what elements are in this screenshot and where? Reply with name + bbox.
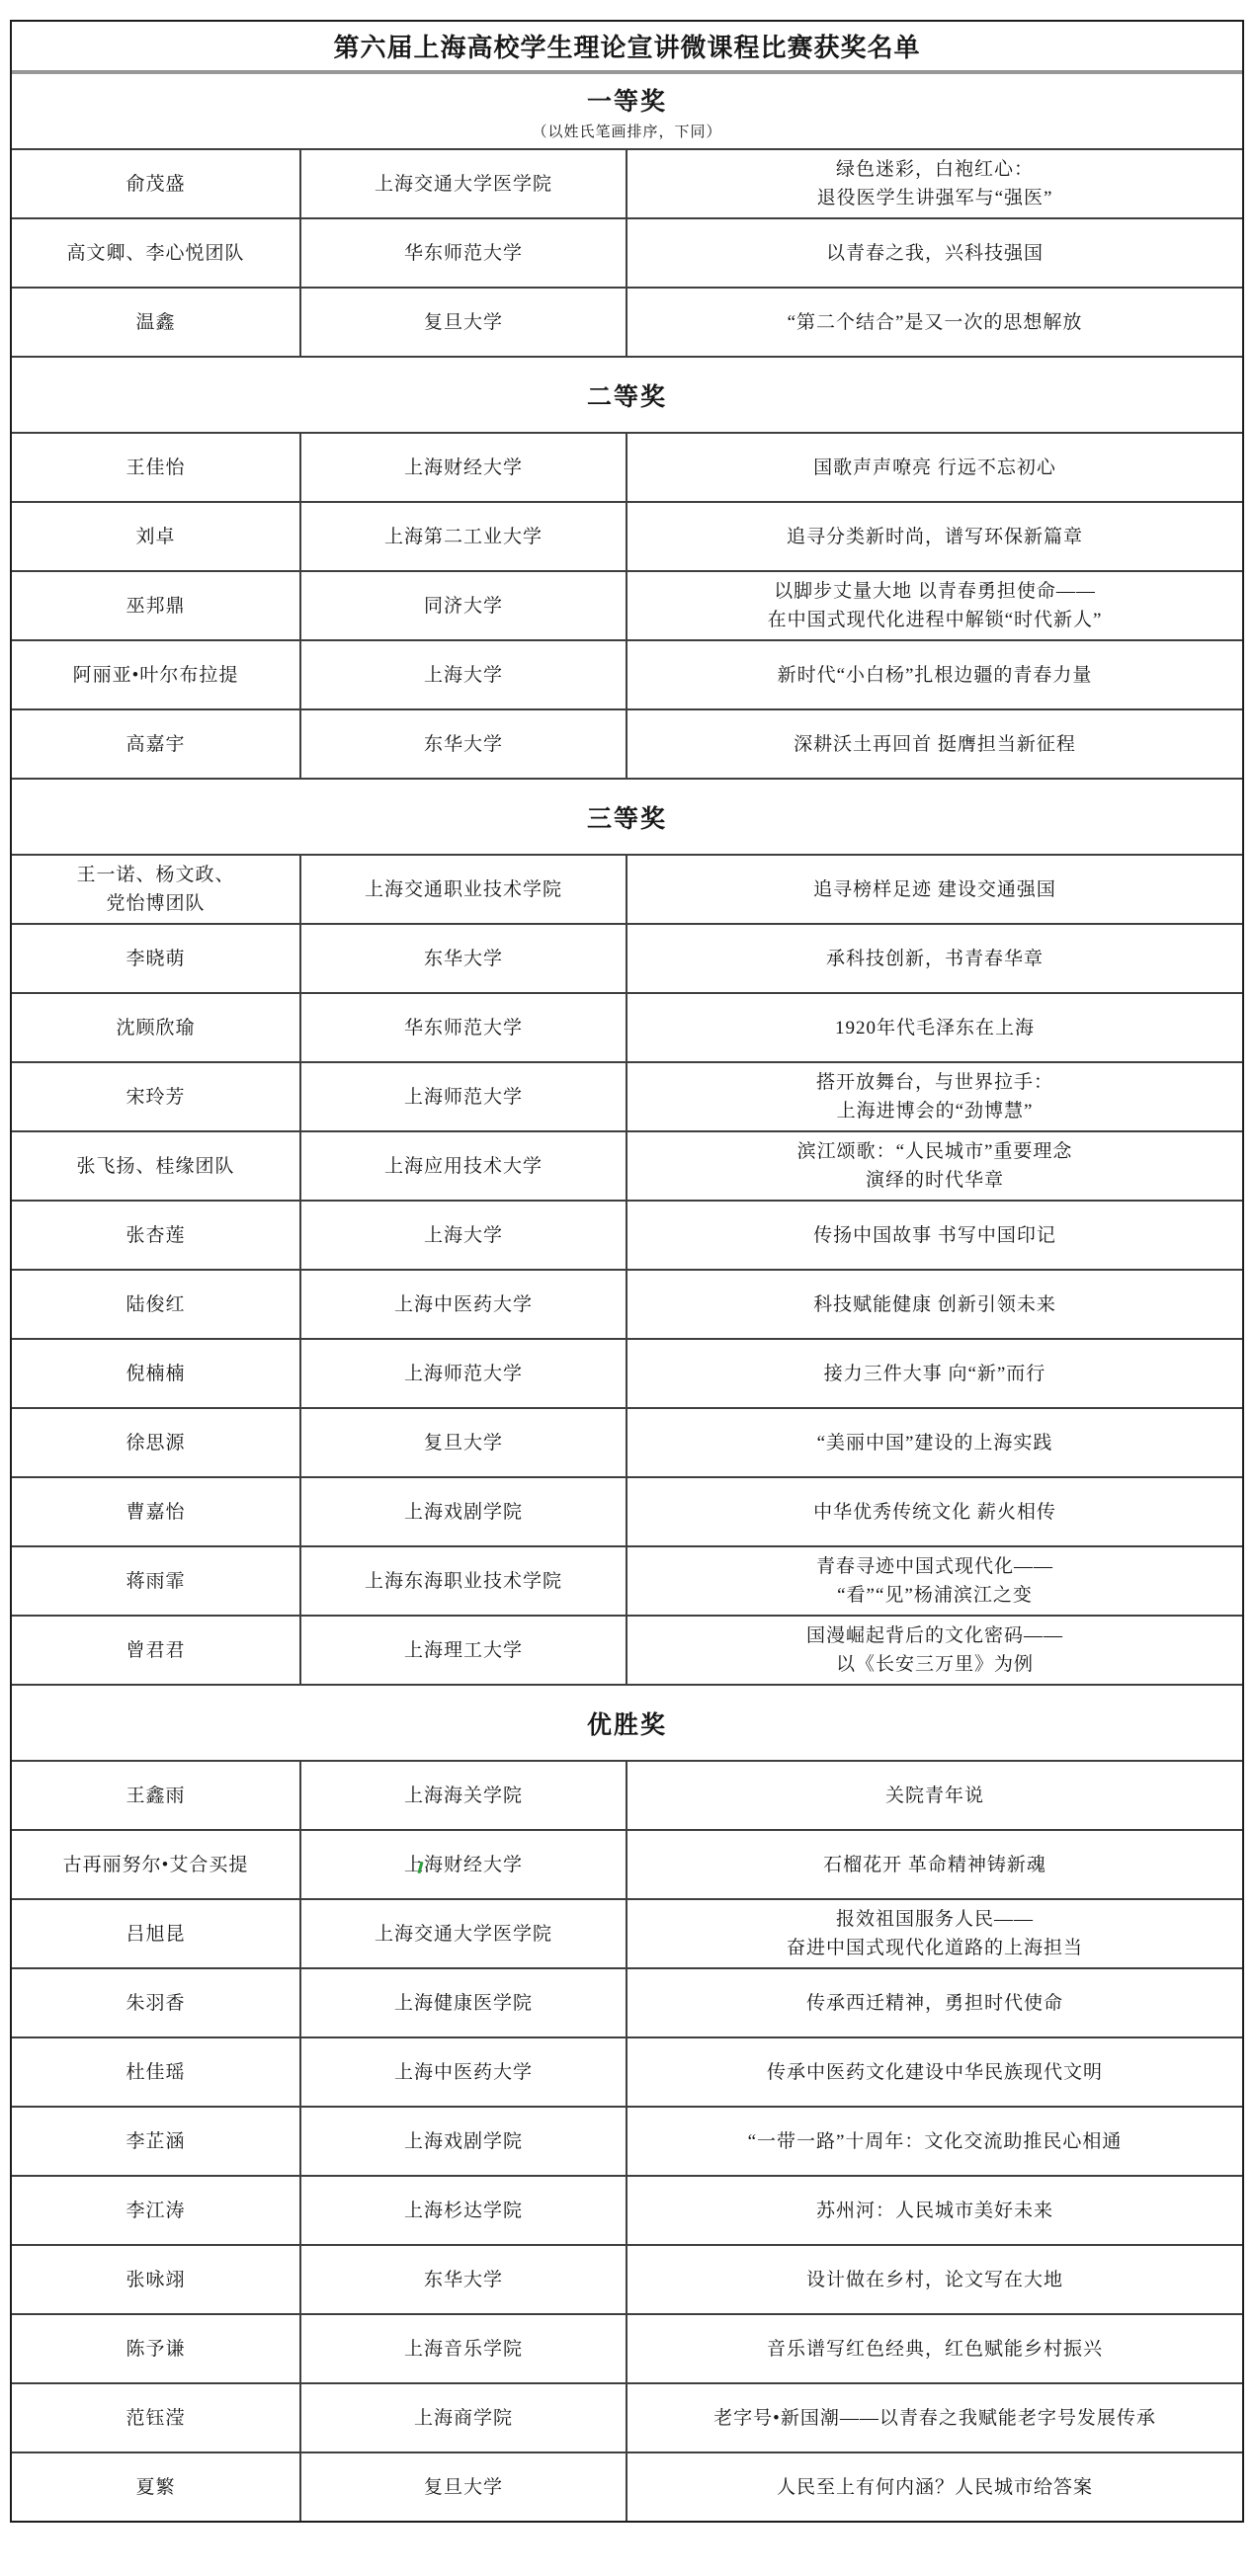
winner-name-line: 王一诺、杨文政、 bbox=[76, 861, 234, 889]
university-cell: 华东师范大学 bbox=[299, 994, 626, 1061]
award-row: 阿丽亚•叶尔布拉提上海大学新时代“小白杨”扎根边疆的青春力量 bbox=[12, 639, 1242, 708]
university-name: 上海财经大学 bbox=[404, 454, 523, 482]
course-title-line: 报效祖国服务人民—— bbox=[836, 1905, 1034, 1934]
award-row: 李江涛上海杉达学院苏州河：人民城市美好未来 bbox=[12, 2175, 1242, 2244]
award-row: 李芷涵上海戏剧学院“一带一路”十周年：文化交流助推民心相通 bbox=[12, 2106, 1242, 2175]
course-title-cell: 苏州河：人民城市美好未来 bbox=[626, 2177, 1242, 2244]
university-name: 东华大学 bbox=[424, 730, 503, 759]
winner-name-cell: 张杏莲 bbox=[12, 1202, 299, 1269]
winner-name-cell: 吕旭昆 bbox=[12, 1900, 299, 1967]
winner-name-cell: 张飞扬、桂缘团队 bbox=[12, 1132, 299, 1200]
winner-name-cell: 王鑫雨 bbox=[12, 1762, 299, 1829]
winner-name-cell: 李江涛 bbox=[12, 2177, 299, 2244]
university-name: 上海大学 bbox=[424, 661, 503, 690]
university-name: 上海交通职业技术学院 bbox=[365, 875, 562, 904]
winner-name-line: 蒋雨霏 bbox=[125, 1567, 185, 1596]
course-title-cell: 搭开放舞台，与世界拉手：上海进博会的“劲博慧” bbox=[626, 1063, 1242, 1130]
winner-name-line: 党怡博团队 bbox=[106, 889, 205, 918]
sort-order-note: （以姓氏笔画排序，下同） bbox=[532, 121, 721, 141]
course-title-line: 新时代“小白杨”扎根边疆的青春力量 bbox=[778, 661, 1093, 690]
winner-name-cell: 陈予谦 bbox=[12, 2315, 299, 2382]
winner-name-cell: 刘卓 bbox=[12, 503, 299, 570]
university-name: 复旦大学 bbox=[424, 1429, 503, 1457]
university-cell: 复旦大学 bbox=[299, 2453, 626, 2521]
university-cell: 上海财经大学 bbox=[299, 434, 626, 501]
course-title-line: 绿色迷彩，白袍红心： bbox=[836, 155, 1034, 184]
award-row: 倪楠楠上海师范大学接力三件大事 向“新”而行 bbox=[12, 1338, 1242, 1407]
course-title-cell: 追寻榜样足迹 建设交通强国 bbox=[626, 856, 1242, 923]
university-name: 上海中医药大学 bbox=[394, 2058, 533, 2087]
university-name: 同济大学 bbox=[424, 592, 503, 621]
university-name: 东华大学 bbox=[424, 945, 503, 973]
course-title-cell: 绿色迷彩，白袍红心：退役医学生讲强军与“强医” bbox=[626, 150, 1242, 217]
winner-name-line: 宋玲芳 bbox=[125, 1083, 185, 1112]
course-title-cell: 追寻分类新时尚，谱写环保新篇章 bbox=[626, 503, 1242, 570]
course-title-line: “美丽中国”建设的上海实践 bbox=[817, 1429, 1053, 1457]
award-row: 王一诺、杨文政、党怡博团队上海交通职业技术学院追寻榜样足迹 建设交通强国 bbox=[12, 854, 1242, 923]
university-name: 上海交通大学医学院 bbox=[375, 170, 552, 199]
university-cell: 复旦大学 bbox=[299, 289, 626, 356]
course-title-line: 1920年代毛泽东在上海 bbox=[835, 1014, 1035, 1042]
course-title-line: 人民至上有何内涵？人民城市给答案 bbox=[777, 2473, 1093, 2502]
course-title-cell: 接力三件大事 向“新”而行 bbox=[626, 1340, 1242, 1407]
course-title-cell: 报效祖国服务人民——奋进中国式现代化道路的上海担当 bbox=[626, 1900, 1242, 1967]
course-title-cell: 传承西迁精神，勇担时代使命 bbox=[626, 1969, 1242, 2036]
section-header-row: 二等奖 bbox=[12, 356, 1242, 432]
course-title-line: 关院青年说 bbox=[885, 1782, 984, 1810]
winner-name-cell: 蒋雨霏 bbox=[12, 1547, 299, 1615]
winner-name-line: 俞茂盛 bbox=[125, 170, 185, 199]
university-name: 上海师范大学 bbox=[404, 1360, 523, 1388]
course-title-line: 科技赋能健康 创新引领未来 bbox=[813, 1290, 1056, 1319]
university-name: 上海海关学院 bbox=[404, 1782, 523, 1810]
winner-name-cell: 陆俊红 bbox=[12, 1271, 299, 1338]
university-cell: 华东师范大学 bbox=[299, 219, 626, 287]
university-name: 上海交通大学医学院 bbox=[375, 1920, 552, 1949]
university-cell: 上海交通大学医学院 bbox=[299, 150, 626, 217]
university-cell: 上海交通职业技术学院 bbox=[299, 856, 626, 923]
winner-name-cell: 夏繁 bbox=[12, 2453, 299, 2521]
award-row: 张飞扬、桂缘团队上海应用技术大学滨江颂歌：“人民城市”重要理念演绎的时代华章 bbox=[12, 1130, 1242, 1200]
winner-name-line: 沈顾欣瑜 bbox=[116, 1014, 195, 1042]
university-name: 上海第二工业大学 bbox=[384, 523, 543, 551]
winner-name-cell: 曾君君 bbox=[12, 1617, 299, 1684]
course-title-cell: 以脚步丈量大地 以青春勇担使命——在中国式现代化进程中解锁“时代新人” bbox=[626, 572, 1242, 639]
university-cell: 上海商学院 bbox=[299, 2384, 626, 2451]
award-row: 朱羽香上海健康医学院传承西迁精神，勇担时代使命 bbox=[12, 1967, 1242, 2036]
award-table-body: 一等奖（以姓氏笔画排序，下同）俞茂盛上海交通大学医学院绿色迷彩，白袍红心：退役医… bbox=[12, 74, 1242, 2521]
university-name: 上海音乐学院 bbox=[404, 2335, 523, 2364]
university-name: 东华大学 bbox=[424, 2266, 503, 2294]
winner-name-line: 王鑫雨 bbox=[125, 1782, 185, 1810]
university-cell: 上海中医药大学 bbox=[299, 2038, 626, 2106]
section-header-row: 一等奖（以姓氏笔画排序，下同） bbox=[12, 74, 1242, 148]
course-title-cell: 设计做在乡村，论文写在大地 bbox=[626, 2246, 1242, 2313]
course-title-line: 苏州河：人民城市美好未来 bbox=[816, 2197, 1053, 2225]
winner-name-line: 高嘉宇 bbox=[125, 730, 185, 759]
course-title-line: 传承西迁精神，勇担时代使命 bbox=[806, 1989, 1063, 2018]
course-title-line: 接力三件大事 向“新”而行 bbox=[824, 1360, 1046, 1388]
course-title-line: 以青春之我，兴科技强国 bbox=[826, 239, 1044, 268]
university-name: 上海戏剧学院 bbox=[404, 2127, 523, 2156]
course-title-line: 设计做在乡村，论文写在大地 bbox=[806, 2266, 1063, 2294]
course-title-line: 滨江颂歌：“人民城市”重要理念 bbox=[797, 1137, 1073, 1166]
winner-name-cell: 范钰滢 bbox=[12, 2384, 299, 2451]
winner-name-line: 古再丽努尔•艾合买提 bbox=[63, 1851, 249, 1879]
university-name: 复旦大学 bbox=[424, 308, 503, 337]
award-row: 陆俊红上海中医药大学科技赋能健康 创新引领未来 bbox=[12, 1269, 1242, 1338]
winner-name-cell: 杜佳瑶 bbox=[12, 2038, 299, 2106]
winner-name-cell: 宋玲芳 bbox=[12, 1063, 299, 1130]
course-title-line: 搭开放舞台，与世界拉手： bbox=[816, 1068, 1053, 1097]
winner-name-line: 曹嘉怡 bbox=[125, 1498, 185, 1527]
course-title-line: 在中国式现代化进程中解锁“时代新人” bbox=[768, 606, 1103, 634]
award-table: 第六届上海高校学生理论宣讲微课程比赛获奖名单 一等奖（以姓氏笔画排序，下同）俞茂… bbox=[10, 20, 1244, 2523]
award-row: 曾君君上海理工大学国漫崛起背后的文化密码——以《长安三万里》为例 bbox=[12, 1615, 1242, 1684]
winner-name-line: 张飞扬、桂缘团队 bbox=[76, 1152, 234, 1181]
course-title-line: 青春寻迹中国式现代化—— bbox=[816, 1552, 1053, 1581]
award-row: 张杏莲上海大学传扬中国故事 书写中国印记 bbox=[12, 1200, 1242, 1269]
winner-name-line: 张咏翊 bbox=[125, 2266, 185, 2294]
winner-name-line: 李晓萌 bbox=[125, 945, 185, 973]
winner-name-cell: 倪楠楠 bbox=[12, 1340, 299, 1407]
course-title-line: 深耕沃土再回首 挺膺担当新征程 bbox=[794, 730, 1076, 759]
winner-name-line: 吕旭昆 bbox=[125, 1920, 185, 1949]
award-row: 范钰滢上海商学院老字号•新国潮——以青春之我赋能老字号发展传承 bbox=[12, 2382, 1242, 2451]
award-row: 高文卿、李心悦团队华东师范大学以青春之我，兴科技强国 bbox=[12, 217, 1242, 287]
section-label: 优胜奖 bbox=[587, 1705, 667, 1741]
course-title-line: 音乐谱写红色经典，红色赋能乡村振兴 bbox=[767, 2335, 1103, 2364]
university-name: 上海商学院 bbox=[414, 2404, 513, 2433]
university-name: 上海理工大学 bbox=[404, 1636, 523, 1665]
university-cell: 上海财经大学 bbox=[299, 1831, 626, 1898]
winner-name-cell: 曹嘉怡 bbox=[12, 1478, 299, 1545]
award-row: 李晓萌东华大学承科技创新，书青春华章 bbox=[12, 923, 1242, 992]
winner-name-line: 曾君君 bbox=[125, 1636, 185, 1665]
university-name: 上海大学 bbox=[424, 1221, 503, 1250]
university-cell: 上海杉达学院 bbox=[299, 2177, 626, 2244]
course-title-cell: “第二个结合”是又一次的思想解放 bbox=[626, 289, 1242, 356]
university-name: 上海中医药大学 bbox=[394, 1290, 533, 1319]
winner-name-line: 李江涛 bbox=[125, 2197, 185, 2225]
university-name: 上海东海职业技术学院 bbox=[365, 1567, 562, 1596]
university-cell: 上海健康医学院 bbox=[299, 1969, 626, 2036]
course-title-cell: 国歌声声嘹亮 行远不忘初心 bbox=[626, 434, 1242, 501]
course-title-line: 以《长安三万里》为例 bbox=[836, 1650, 1034, 1679]
section-label: 三等奖 bbox=[587, 799, 667, 835]
award-row: 陈予谦上海音乐学院音乐谱写红色经典，红色赋能乡村振兴 bbox=[12, 2313, 1242, 2382]
university-name: 华东师范大学 bbox=[404, 239, 523, 268]
award-row: 蒋雨霏上海东海职业技术学院青春寻迹中国式现代化——“看”“见”杨浦滨江之变 bbox=[12, 1545, 1242, 1615]
winner-name-cell: 温鑫 bbox=[12, 289, 299, 356]
course-title-line: 老字号•新国潮——以青春之我赋能老字号发展传承 bbox=[713, 2404, 1156, 2433]
university-cell: 上海师范大学 bbox=[299, 1063, 626, 1130]
winner-name-cell: 古再丽努尔•艾合买提 bbox=[12, 1831, 299, 1898]
winner-name-cell: 高嘉宇 bbox=[12, 710, 299, 778]
award-row: 张咏翊东华大学设计做在乡村，论文写在大地 bbox=[12, 2244, 1242, 2313]
course-title-cell: 石榴花开 革命精神铸新魂 bbox=[626, 1831, 1242, 1898]
university-cell: 东华大学 bbox=[299, 710, 626, 778]
award-row: 刘卓上海第二工业大学追寻分类新时尚，谱写环保新篇章 bbox=[12, 501, 1242, 570]
course-title-line: 追寻分类新时尚，谱写环保新篇章 bbox=[787, 523, 1083, 551]
university-cell: 上海戏剧学院 bbox=[299, 2108, 626, 2175]
university-cell: 上海大学 bbox=[299, 641, 626, 708]
university-cell: 东华大学 bbox=[299, 2246, 626, 2313]
course-title-line: 承科技创新，书青春华章 bbox=[826, 945, 1044, 973]
award-row: 巫邦鼎同济大学以脚步丈量大地 以青春勇担使命——在中国式现代化进程中解锁“时代新… bbox=[12, 570, 1242, 639]
course-title-cell: “美丽中国”建设的上海实践 bbox=[626, 1409, 1242, 1476]
university-cell: 上海应用技术大学 bbox=[299, 1132, 626, 1200]
course-title-cell: 承科技创新，书青春华章 bbox=[626, 925, 1242, 992]
course-title-cell: 老字号•新国潮——以青春之我赋能老字号发展传承 bbox=[626, 2384, 1242, 2451]
winner-name-cell: 巫邦鼎 bbox=[12, 572, 299, 639]
course-title-cell: 关院青年说 bbox=[626, 1762, 1242, 1829]
course-title-cell: 音乐谱写红色经典，红色赋能乡村振兴 bbox=[626, 2315, 1242, 2382]
section-label: 一等奖 bbox=[587, 82, 667, 118]
award-row: 曹嘉怡上海戏剧学院中华优秀传统文化 薪火相传 bbox=[12, 1476, 1242, 1545]
course-title-line: 中华优秀传统文化 薪火相传 bbox=[813, 1498, 1056, 1527]
section-label: 二等奖 bbox=[587, 377, 667, 413]
university-name: 复旦大学 bbox=[424, 2473, 503, 2502]
winner-name-line: 阿丽亚•叶尔布拉提 bbox=[73, 661, 239, 690]
course-title-cell: 1920年代毛泽东在上海 bbox=[626, 994, 1242, 1061]
university-cell: 上海大学 bbox=[299, 1202, 626, 1269]
winner-name-line: 杜佳瑶 bbox=[125, 2058, 185, 2087]
winner-name-cell: 俞茂盛 bbox=[12, 150, 299, 217]
course-title-cell: 深耕沃土再回首 挺膺担当新征程 bbox=[626, 710, 1242, 778]
course-title-cell: “一带一路”十周年：文化交流助推民心相通 bbox=[626, 2108, 1242, 2175]
course-title-line: 国歌声声嘹亮 行远不忘初心 bbox=[813, 454, 1056, 482]
winner-name-line: 刘卓 bbox=[135, 523, 175, 551]
winner-name-line: 范钰滢 bbox=[125, 2404, 185, 2433]
winner-name-line: 徐思源 bbox=[125, 1429, 185, 1457]
university-name: 上海健康医学院 bbox=[394, 1989, 533, 2018]
winner-name-line: 李芷涵 bbox=[125, 2127, 185, 2156]
winner-name-line: 王佳怡 bbox=[125, 454, 185, 482]
winner-name-cell: 高文卿、李心悦团队 bbox=[12, 219, 299, 287]
university-cell: 上海海关学院 bbox=[299, 1762, 626, 1829]
university-cell: 东华大学 bbox=[299, 925, 626, 992]
winner-name-line: 巫邦鼎 bbox=[125, 592, 185, 621]
section-header-row: 优胜奖 bbox=[12, 1684, 1242, 1760]
winner-name-cell: 李芷涵 bbox=[12, 2108, 299, 2175]
university-cell: 上海中医药大学 bbox=[299, 1271, 626, 1338]
university-cell: 上海音乐学院 bbox=[299, 2315, 626, 2382]
course-title-cell: 国漫崛起背后的文化密码——以《长安三万里》为例 bbox=[626, 1617, 1242, 1684]
course-title-line: 演绎的时代华章 bbox=[866, 1166, 1004, 1195]
winner-name-cell: 朱羽香 bbox=[12, 1969, 299, 2036]
winner-name-cell: 李晓萌 bbox=[12, 925, 299, 992]
course-title-line: “看”“见”杨浦滨江之变 bbox=[837, 1581, 1033, 1610]
winner-name-line: 陈予谦 bbox=[125, 2335, 185, 2364]
winner-name-cell: 张咏翊 bbox=[12, 2246, 299, 2313]
section-header-row: 三等奖 bbox=[12, 778, 1242, 854]
winner-name-line: 高文卿、李心悦团队 bbox=[66, 239, 244, 268]
award-row: 温鑫复旦大学“第二个结合”是又一次的思想解放 bbox=[12, 287, 1242, 356]
winner-name-line: 倪楠楠 bbox=[125, 1360, 185, 1388]
course-title-cell: 传承中医药文化建设中华民族现代文明 bbox=[626, 2038, 1242, 2106]
course-title-line: 以脚步丈量大地 以青春勇担使命—— bbox=[774, 577, 1096, 606]
document-page: 第六届上海高校学生理论宣讲微课程比赛获奖名单 一等奖（以姓氏笔画排序，下同）俞茂… bbox=[0, 0, 1254, 2576]
course-title-line: 石榴花开 革命精神铸新魂 bbox=[823, 1851, 1046, 1879]
university-cell: 上海师范大学 bbox=[299, 1340, 626, 1407]
award-row: 徐思源复旦大学“美丽中国”建设的上海实践 bbox=[12, 1407, 1242, 1476]
university-name: 上海师范大学 bbox=[404, 1083, 523, 1112]
university-name: 上海杉达学院 bbox=[404, 2197, 523, 2225]
university-cell: 上海理工大学 bbox=[299, 1617, 626, 1684]
course-title-cell: 滨江颂歌：“人民城市”重要理念演绎的时代华章 bbox=[626, 1132, 1242, 1200]
winner-name-cell: 王一诺、杨文政、党怡博团队 bbox=[12, 856, 299, 923]
course-title-cell: 中华优秀传统文化 薪火相传 bbox=[626, 1478, 1242, 1545]
award-row: 沈顾欣瑜华东师范大学1920年代毛泽东在上海 bbox=[12, 992, 1242, 1061]
winner-name-cell: 阿丽亚•叶尔布拉提 bbox=[12, 641, 299, 708]
award-row: 吕旭昆上海交通大学医学院报效祖国服务人民——奋进中国式现代化道路的上海担当 bbox=[12, 1898, 1242, 1967]
winner-name-cell: 沈顾欣瑜 bbox=[12, 994, 299, 1061]
award-row: 古再丽努尔•艾合买提上海财经大学石榴花开 革命精神铸新魂 bbox=[12, 1829, 1242, 1898]
winner-name-line: 陆俊红 bbox=[125, 1290, 185, 1319]
course-title-line: 传承中医药文化建设中华民族现代文明 bbox=[767, 2058, 1103, 2087]
winner-name-line: 夏繁 bbox=[135, 2473, 175, 2502]
winner-name-line: 朱羽香 bbox=[125, 1989, 185, 2018]
university-cell: 同济大学 bbox=[299, 572, 626, 639]
course-title-line: 上海进博会的“劲博慧” bbox=[837, 1097, 1034, 1125]
award-row: 高嘉宇东华大学深耕沃土再回首 挺膺担当新征程 bbox=[12, 708, 1242, 778]
course-title-line: 退役医学生讲强军与“强医” bbox=[817, 184, 1053, 212]
course-title-line: “第二个结合”是又一次的思想解放 bbox=[788, 308, 1083, 337]
university-cell: 上海戏剧学院 bbox=[299, 1478, 626, 1545]
university-cell: 复旦大学 bbox=[299, 1409, 626, 1476]
course-title-line: 奋进中国式现代化道路的上海担当 bbox=[787, 1934, 1083, 1962]
document-title: 第六届上海高校学生理论宣讲微课程比赛获奖名单 bbox=[12, 22, 1242, 74]
course-title-cell: 传扬中国故事 书写中国印记 bbox=[626, 1202, 1242, 1269]
winner-name-line: 张杏莲 bbox=[125, 1221, 185, 1250]
award-row: 俞茂盛上海交通大学医学院绿色迷彩，白袍红心：退役医学生讲强军与“强医” bbox=[12, 148, 1242, 217]
award-row: 王鑫雨上海海关学院关院青年说 bbox=[12, 1760, 1242, 1829]
university-name: 华东师范大学 bbox=[404, 1014, 523, 1042]
course-title-cell: 以青春之我，兴科技强国 bbox=[626, 219, 1242, 287]
course-title-cell: 科技赋能健康 创新引领未来 bbox=[626, 1271, 1242, 1338]
university-name: 上海应用技术大学 bbox=[384, 1152, 543, 1181]
award-row: 宋玲芳上海师范大学搭开放舞台，与世界拉手：上海进博会的“劲博慧” bbox=[12, 1061, 1242, 1130]
course-title-line: “一带一路”十周年：文化交流助推民心相通 bbox=[748, 2127, 1123, 2156]
course-title-line: 传扬中国故事 书写中国印记 bbox=[813, 1221, 1056, 1250]
course-title-line: 国漫崛起背后的文化密码—— bbox=[806, 1621, 1063, 1650]
university-cell: 上海第二工业大学 bbox=[299, 503, 626, 570]
university-cell: 上海东海职业技术学院 bbox=[299, 1547, 626, 1615]
winner-name-cell: 徐思源 bbox=[12, 1409, 299, 1476]
award-row: 王佳怡上海财经大学国歌声声嘹亮 行远不忘初心 bbox=[12, 432, 1242, 501]
award-row: 杜佳瑶上海中医药大学传承中医药文化建设中华民族现代文明 bbox=[12, 2036, 1242, 2106]
course-title-cell: 人民至上有何内涵？人民城市给答案 bbox=[626, 2453, 1242, 2521]
award-row: 夏繁复旦大学人民至上有何内涵？人民城市给答案 bbox=[12, 2451, 1242, 2521]
course-title-line: 追寻榜样足迹 建设交通强国 bbox=[813, 875, 1056, 904]
winner-name-line: 温鑫 bbox=[135, 308, 175, 337]
winner-name-cell: 王佳怡 bbox=[12, 434, 299, 501]
course-title-cell: 新时代“小白杨”扎根边疆的青春力量 bbox=[626, 641, 1242, 708]
university-name: 上海戏剧学院 bbox=[404, 1498, 523, 1527]
university-cell: 上海交通大学医学院 bbox=[299, 1900, 626, 1967]
course-title-cell: 青春寻迹中国式现代化——“看”“见”杨浦滨江之变 bbox=[626, 1547, 1242, 1615]
